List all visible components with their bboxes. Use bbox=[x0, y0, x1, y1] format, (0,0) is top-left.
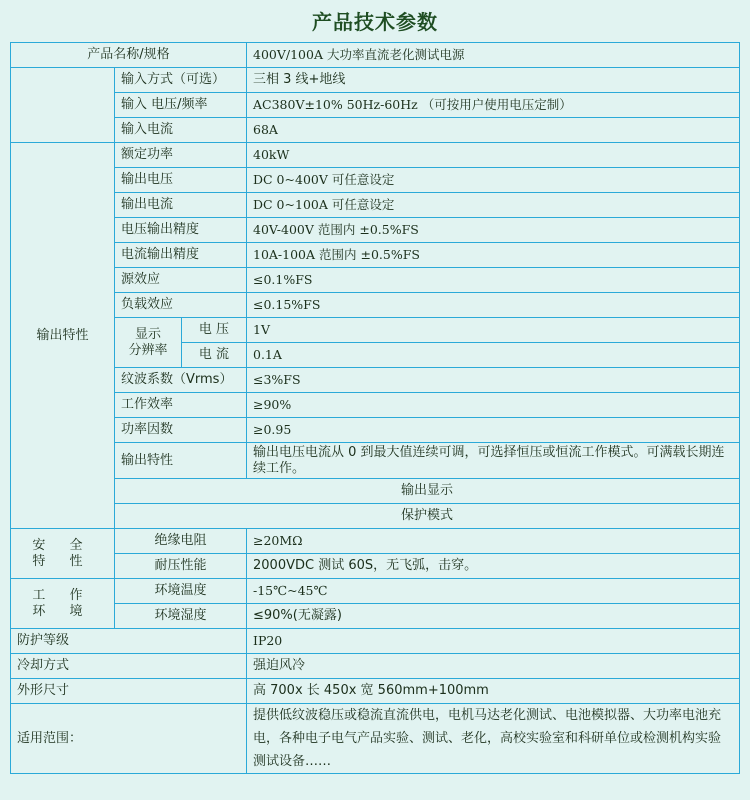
label-ripple: 纹波系数（Vrms） bbox=[115, 368, 247, 393]
table-row-rated-power: 输出特性 额定功率 40kW bbox=[11, 143, 740, 168]
value-source-effect: ≤0.1%FS bbox=[247, 268, 740, 293]
value-resolution-voltage: 1V bbox=[247, 318, 740, 343]
table-row-ripple: 纹波系数（Vrms） ≤3%FS bbox=[11, 368, 740, 393]
value-humidity: ≤90%(无凝露) bbox=[247, 604, 740, 629]
page-title: 产品技术参数 bbox=[0, 6, 750, 35]
value-application: 提供低纹波稳压或稳流直流供电，电机马达老化测试、电池模拟器、大功率电池充电，各种… bbox=[247, 704, 740, 774]
table-row-output-characteristic: 输出特性 输出电压电流从 0 到最大值连续可调，可选择恒压或恒流工作模式。可满载… bbox=[11, 443, 740, 479]
value-input-voltage: AC380V±10% 50Hz-60Hz （可按用户使用电压定制） bbox=[247, 93, 740, 118]
value-product-name: 400V/100A 大功率直流老化测试电源 bbox=[247, 43, 740, 68]
table-row-product-name: 产品名称/规格 400V/100A 大功率直流老化测试电源 bbox=[11, 43, 740, 68]
table-row-temperature: 工 作 环 境 环境温度 -15℃~45℃ bbox=[11, 579, 740, 604]
label-resolution-line2: 分辨率 bbox=[121, 343, 175, 359]
table-row-humidity: 环境湿度 ≤90%(无凝露) bbox=[11, 604, 740, 629]
group-environment-line1: 工 作 bbox=[17, 588, 108, 604]
value-ip-rating: IP20 bbox=[247, 629, 740, 654]
table-row-input-current: 输入电流 68A bbox=[11, 118, 740, 143]
label-source-effect: 源效应 bbox=[115, 268, 247, 293]
table-row-application: 适用范围： 提供低纹波稳压或稳流直流供电，电机马达老化测试、电池模拟器、大功率电… bbox=[11, 704, 740, 774]
label-output-voltage: 输出电压 bbox=[115, 168, 247, 193]
label-input-voltage: 输入 电压/频率 bbox=[115, 93, 247, 118]
table-row-cooling: 冷却方式 强迫风冷 bbox=[11, 654, 740, 679]
spec-table: 产品名称/规格 400V/100A 大功率直流老化测试电源 输入方式（可选） 三… bbox=[10, 42, 740, 774]
table-row-output-voltage: 输出电压 DC 0~400V 可任意设定 bbox=[11, 168, 740, 193]
label-input-current: 输入电流 bbox=[115, 118, 247, 143]
value-ripple: ≤3%FS bbox=[247, 368, 740, 393]
value-efficiency: ≥90% bbox=[247, 393, 740, 418]
table-row-input-voltage: 输入 电压/频率 AC380V±10% 50Hz-60Hz （可按用户使用电压定… bbox=[11, 93, 740, 118]
table-row-efficiency: 工作效率 ≥90% bbox=[11, 393, 740, 418]
value-input-current: 68A bbox=[247, 118, 740, 143]
value-dimensions: 高 700x 长 450x 宽 560mm+100mm bbox=[247, 679, 740, 704]
label-load-effect: 负载效应 bbox=[115, 293, 247, 318]
group-environment: 工 作 环 境 bbox=[11, 579, 115, 629]
value-input-mode: 三相 3 线+地线 bbox=[247, 68, 740, 93]
table-row-dimensions: 外形尺寸 高 700x 长 450x 宽 560mm+100mm bbox=[11, 679, 740, 704]
label-voltage-accuracy: 电压输出精度 bbox=[115, 218, 247, 243]
label-withstand: 耐压性能 bbox=[115, 554, 247, 579]
table-row-voltage-accuracy: 电压输出精度 40V-400V 范围内 ±0.5%FS bbox=[11, 218, 740, 243]
value-resolution-current: 0.1A bbox=[247, 343, 740, 368]
value-output-voltage: DC 0~400V 可任意设定 bbox=[247, 168, 740, 193]
label-ip-rating: 防护等级 bbox=[11, 629, 247, 654]
label-temperature: 环境温度 bbox=[115, 579, 247, 604]
table-row-display: 输出显示 输出电压、电流 LED 数字显示。 bbox=[11, 479, 740, 504]
label-input-mode: 输入方式（可选） bbox=[115, 68, 247, 93]
label-rated-power: 额定功率 bbox=[115, 143, 247, 168]
label-humidity: 环境湿度 bbox=[115, 604, 247, 629]
value-load-effect: ≤0.15%FS bbox=[247, 293, 740, 318]
value-voltage-accuracy: 40V-400V 范围内 ±0.5%FS bbox=[247, 218, 740, 243]
table-row-withstand: 耐压性能 2000VDC 测试 60S，无飞弧，击穿。 bbox=[11, 554, 740, 579]
value-insulation: ≥20MΩ bbox=[247, 529, 740, 554]
label-efficiency: 工作效率 bbox=[115, 393, 247, 418]
label-resolution-line1: 显示 bbox=[121, 327, 175, 343]
label-application: 适用范围： bbox=[11, 704, 247, 774]
value-current-accuracy: 10A-100A 范围内 ±0.5%FS bbox=[247, 243, 740, 268]
value-withstand: 2000VDC 测试 60S，无飞弧，击穿。 bbox=[247, 554, 740, 579]
table-row-input-mode: 输入方式（可选） 三相 3 线+地线 bbox=[11, 68, 740, 93]
label-resolution-current: 电 流 bbox=[182, 343, 247, 368]
table-row-resolution-voltage: 显示 分辨率 电 压 1V bbox=[11, 318, 740, 343]
group-output: 输出特性 bbox=[11, 143, 115, 529]
table-row-protection: 保护模式 具有缺相、过热、过压、过流、短路等故障自动保护功能 bbox=[11, 504, 740, 529]
label-output-current: 输出电流 bbox=[115, 193, 247, 218]
label-dimensions: 外形尺寸 bbox=[11, 679, 247, 704]
label-output-characteristic: 输出特性 bbox=[115, 443, 247, 479]
group-environment-line2: 环 境 bbox=[17, 604, 108, 620]
value-power-factor: ≥0.95 bbox=[247, 418, 740, 443]
table-row-source-effect: 源效应 ≤0.1%FS bbox=[11, 268, 740, 293]
table-row-current-accuracy: 电流输出精度 10A-100A 范围内 ±0.5%FS bbox=[11, 243, 740, 268]
table-row-power-factor: 功率因数 ≥0.95 bbox=[11, 418, 740, 443]
group-safety-line2: 特 性 bbox=[17, 554, 108, 570]
value-temperature: -15℃~45℃ bbox=[247, 579, 740, 604]
table-row-output-current: 输出电流 DC 0~100A 可任意设定 bbox=[11, 193, 740, 218]
label-resolution: 显示 分辨率 bbox=[115, 318, 182, 368]
label-resolution-voltage: 电 压 bbox=[182, 318, 247, 343]
value-cooling: 强迫风冷 bbox=[247, 654, 740, 679]
label-insulation: 绝缘电阻 bbox=[115, 529, 247, 554]
table-row-ip-rating: 防护等级 IP20 bbox=[11, 629, 740, 654]
value-output-characteristic: 输出电压电流从 0 到最大值连续可调，可选择恒压或恒流工作模式。可满载长期连续工… bbox=[247, 443, 740, 479]
label-product-name: 产品名称/规格 bbox=[11, 43, 247, 68]
table-row-load-effect: 负载效应 ≤0.15%FS bbox=[11, 293, 740, 318]
label-display: 输出显示 bbox=[115, 479, 740, 504]
label-protection: 保护模式 bbox=[115, 504, 740, 529]
group-safety: 安 全 特 性 bbox=[11, 529, 115, 579]
value-output-current: DC 0~100A 可任意设定 bbox=[247, 193, 740, 218]
label-cooling: 冷却方式 bbox=[11, 654, 247, 679]
label-current-accuracy: 电流输出精度 bbox=[115, 243, 247, 268]
value-rated-power: 40kW bbox=[247, 143, 740, 168]
label-power-factor: 功率因数 bbox=[115, 418, 247, 443]
group-input bbox=[11, 68, 115, 143]
table-row-insulation: 安 全 特 性 绝缘电阻 ≥20MΩ bbox=[11, 529, 740, 554]
group-safety-line1: 安 全 bbox=[17, 538, 108, 554]
